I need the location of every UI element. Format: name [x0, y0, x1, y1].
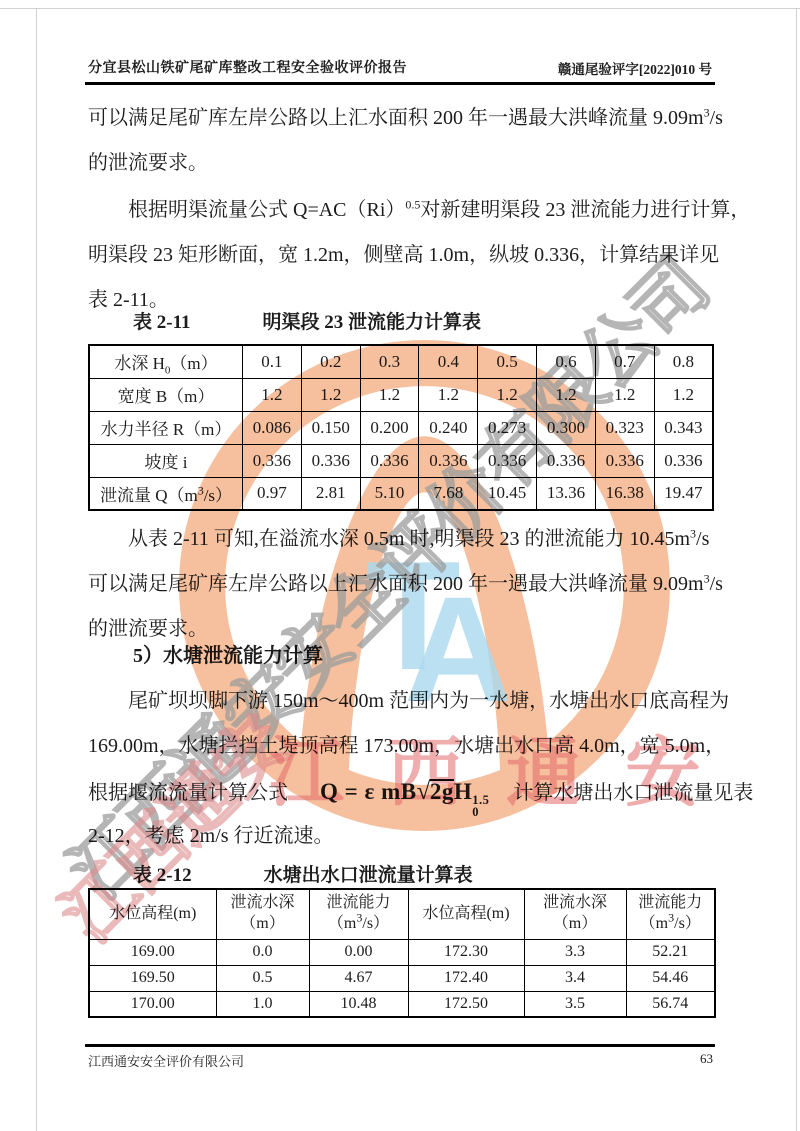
value-cell: 0.336 [360, 444, 419, 477]
value-cell: 7.68 [419, 477, 478, 510]
value-cell: 4.67 [309, 965, 408, 991]
value-cell: 10.48 [309, 991, 408, 1017]
value-cell: 1.2 [301, 378, 360, 411]
footer-rule [85, 1044, 715, 1047]
value-cell: 1.2 [243, 378, 302, 411]
value-cell: 0.1 [243, 345, 302, 378]
table-2-12-pond-outlet-discharge: 水位高程(m)泄流水深（m）泄流能力（m3/s）水位高程(m)泄流水深（m）泄流… [88, 888, 716, 1018]
value-cell: 0.323 [595, 411, 654, 444]
value-cell: 0.8 [654, 345, 713, 378]
value-cell: 0.5 [216, 965, 309, 991]
table-2-12-caption: 表 2-12 水塘出水口泄流量计算表 [88, 864, 716, 888]
value-cell: 169.50 [89, 965, 216, 991]
value-cell: 16.38 [595, 477, 654, 510]
scan-edge-left [36, 8, 37, 1131]
table-2-11-caption: 表 2-11 明渠段 23 泄流能力计算表 [88, 311, 716, 335]
report-page: 分宜县松山铁矿尾矿库整改工程安全验收评价报告 赣通尾验评字[2022]010 号… [0, 0, 800, 1131]
caption-label: 表 2-11 [88, 311, 191, 335]
value-cell: 0.086 [243, 411, 302, 444]
table-row: 宽度 B（m）1.21.21.21.21.21.21.21.2 [89, 378, 713, 411]
text-line: 明渠段 23 矩形断面，宽 1.2m，侧壁高 1.0m，纵坡 0.336，计算结… [88, 233, 716, 278]
text-line: 可以满足尾矿库左岸公路以上汇水面积 200 年一遇最大洪峰流量 9.09m3/s [88, 96, 716, 141]
value-cell: 1.2 [595, 378, 654, 411]
text-line: 2-12，考虑 2m/s 行近流速。 [88, 814, 716, 859]
value-cell: 1.2 [419, 378, 478, 411]
table-header-row: 水位高程(m)泄流水深（m）泄流能力（m3/s）水位高程(m)泄流水深（m）泄流… [89, 889, 715, 939]
table-row: 169.000.00.00172.303.352.21 [89, 939, 715, 965]
value-cell: 0.5 [478, 345, 537, 378]
value-cell: 0.336 [537, 444, 596, 477]
value-cell: 0.336 [243, 444, 302, 477]
value-cell: 0.336 [654, 444, 713, 477]
paragraph-channel-calculation: 根据明渠流量公式 Q=AC（Ri）0.5对新建明渠段 23 泄流能力进行计算，明… [88, 188, 716, 323]
value-cell: 0.4 [419, 345, 478, 378]
table-2-11-channel-discharge: 水深 H0（m）0.10.20.30.40.50.60.70.8宽度 B（m）1… [88, 344, 714, 511]
column-header: 泄流能力（m3/s） [626, 889, 715, 939]
value-cell: 0.97 [243, 477, 302, 510]
row-label: 坡度 i [89, 444, 243, 477]
value-cell: 0.300 [537, 411, 596, 444]
value-cell: 5.10 [360, 477, 419, 510]
footer-page-number: 63 [700, 1051, 713, 1070]
value-cell: 170.00 [89, 991, 216, 1017]
value-cell: 0.2 [301, 345, 360, 378]
weir-flow-formula: Q = ε mB√2gH1.50 [288, 779, 513, 804]
column-header: 水位高程(m) [89, 889, 216, 939]
value-cell: 19.47 [654, 477, 713, 510]
scan-edge-top [0, 8, 800, 9]
value-cell: 10.45 [478, 477, 537, 510]
scan-edge-right [796, 8, 797, 1131]
value-cell: 2.81 [301, 477, 360, 510]
value-cell: 54.46 [626, 965, 715, 991]
text-line: 169.00m，水塘拦挡土堤顶高程 173.00m，水塘出水口高 4.0m，宽 … [88, 724, 716, 769]
value-cell: 13.36 [537, 477, 596, 510]
text-line: 从表 2-11 可知,在溢流水深 0.5m 时,明渠段 23 的泄流能力 10.… [88, 517, 716, 562]
table-row: 169.500.54.67172.403.454.46 [89, 965, 715, 991]
header-report-title: 分宜县松山铁矿尾矿库整改工程安全验收评价报告 [88, 57, 407, 77]
table-row: 坡度 i0.3360.3360.3360.3360.3360.3360.3360… [89, 444, 713, 477]
table-row: 水力半径 R（m）0.0860.1500.2000.2400.2730.3000… [89, 411, 713, 444]
value-cell: 0.336 [301, 444, 360, 477]
table-row: 水深 H0（m）0.10.20.30.40.50.60.70.8 [89, 345, 713, 378]
value-cell: 0.3 [360, 345, 419, 378]
value-cell: 1.0 [216, 991, 309, 1017]
value-cell: 1.2 [537, 378, 596, 411]
value-cell: 0.336 [595, 444, 654, 477]
value-cell: 0.7 [595, 345, 654, 378]
header-rule [85, 82, 715, 85]
value-cell: 172.50 [408, 991, 524, 1017]
value-cell: 3.4 [524, 965, 626, 991]
column-header: 泄流能力（m3/s） [309, 889, 408, 939]
paragraph-pond-description: 尾矿坝坝脚下游 150m～400m 范围内为一水塘，水塘出水口底高程为169.0… [88, 679, 716, 859]
paragraph-table-2-11-conclusion: 从表 2-11 可知,在溢流水深 0.5m 时,明渠段 23 的泄流能力 10.… [88, 517, 716, 652]
text-line: 可以满足尾矿库左岸公路以上汇水面积 200 年一遇最大洪峰流量 9.09m3/s [88, 562, 716, 607]
row-label: 水深 H0（m） [89, 345, 243, 378]
caption-title: 明渠段 23 泄流能力计算表 [263, 311, 482, 335]
table-row: 170.001.010.48172.503.556.74 [89, 991, 715, 1017]
value-cell: 1.2 [654, 378, 713, 411]
value-cell: 0.343 [654, 411, 713, 444]
value-cell: 169.00 [89, 939, 216, 965]
value-cell: 1.2 [360, 378, 419, 411]
footer-company: 江西通安安全评价有限公司 [88, 1051, 244, 1070]
value-cell: 0.200 [360, 411, 419, 444]
value-cell: 172.30 [408, 939, 524, 965]
value-cell: 3.3 [524, 939, 626, 965]
value-cell: 0.336 [419, 444, 478, 477]
value-cell: 172.40 [408, 965, 524, 991]
table-row: 泄流量 Q（m3/s）0.972.815.107.6810.4513.3616.… [89, 477, 713, 510]
value-cell: 0.00 [309, 939, 408, 965]
paragraph-discharge-requirement: 可以满足尾矿库左岸公路以上汇水面积 200 年一遇最大洪峰流量 9.09m3/s… [88, 96, 716, 186]
text-line: 根据明渠流量公式 Q=AC（Ri）0.5对新建明渠段 23 泄流能力进行计算， [88, 188, 716, 233]
value-cell: 0.240 [419, 411, 478, 444]
column-header: 泄流水深（m） [524, 889, 626, 939]
value-cell: 1.2 [478, 378, 537, 411]
value-cell: 56.74 [626, 991, 715, 1017]
text-line: 根据堰流流量计算公式Q = ε mB√2gH1.50计算水塘出水口泄流量见表 [88, 769, 716, 814]
value-cell: 3.5 [524, 991, 626, 1017]
column-header: 水位高程(m) [408, 889, 524, 939]
value-cell: 52.21 [626, 939, 715, 965]
text-line: 尾矿坝坝脚下游 150m～400m 范围内为一水塘，水塘出水口底高程为 [88, 679, 716, 724]
value-cell: 0.150 [301, 411, 360, 444]
column-header: 泄流水深（m） [216, 889, 309, 939]
caption-label: 表 2-12 [88, 864, 192, 888]
value-cell: 0.336 [478, 444, 537, 477]
footer: 江西通安安全评价有限公司 63 [88, 1051, 713, 1070]
square-root: √2g [417, 779, 454, 804]
section-heading-pond-discharge: 5）水塘泄流能力计算 [88, 634, 716, 679]
value-cell: 0.273 [478, 411, 537, 444]
value-cell: 0.6 [537, 345, 596, 378]
row-label: 泄流量 Q（m3/s） [89, 477, 243, 510]
value-cell: 0.0 [216, 939, 309, 965]
caption-title: 水塘出水口泄流量计算表 [264, 864, 473, 888]
row-label: 宽度 B（m） [89, 378, 243, 411]
header-doc-number: 赣通尾验评字[2022]010 号 [558, 58, 712, 78]
text-line: 的泄流要求。 [88, 141, 716, 186]
row-label: 水力半径 R（m） [89, 411, 243, 444]
